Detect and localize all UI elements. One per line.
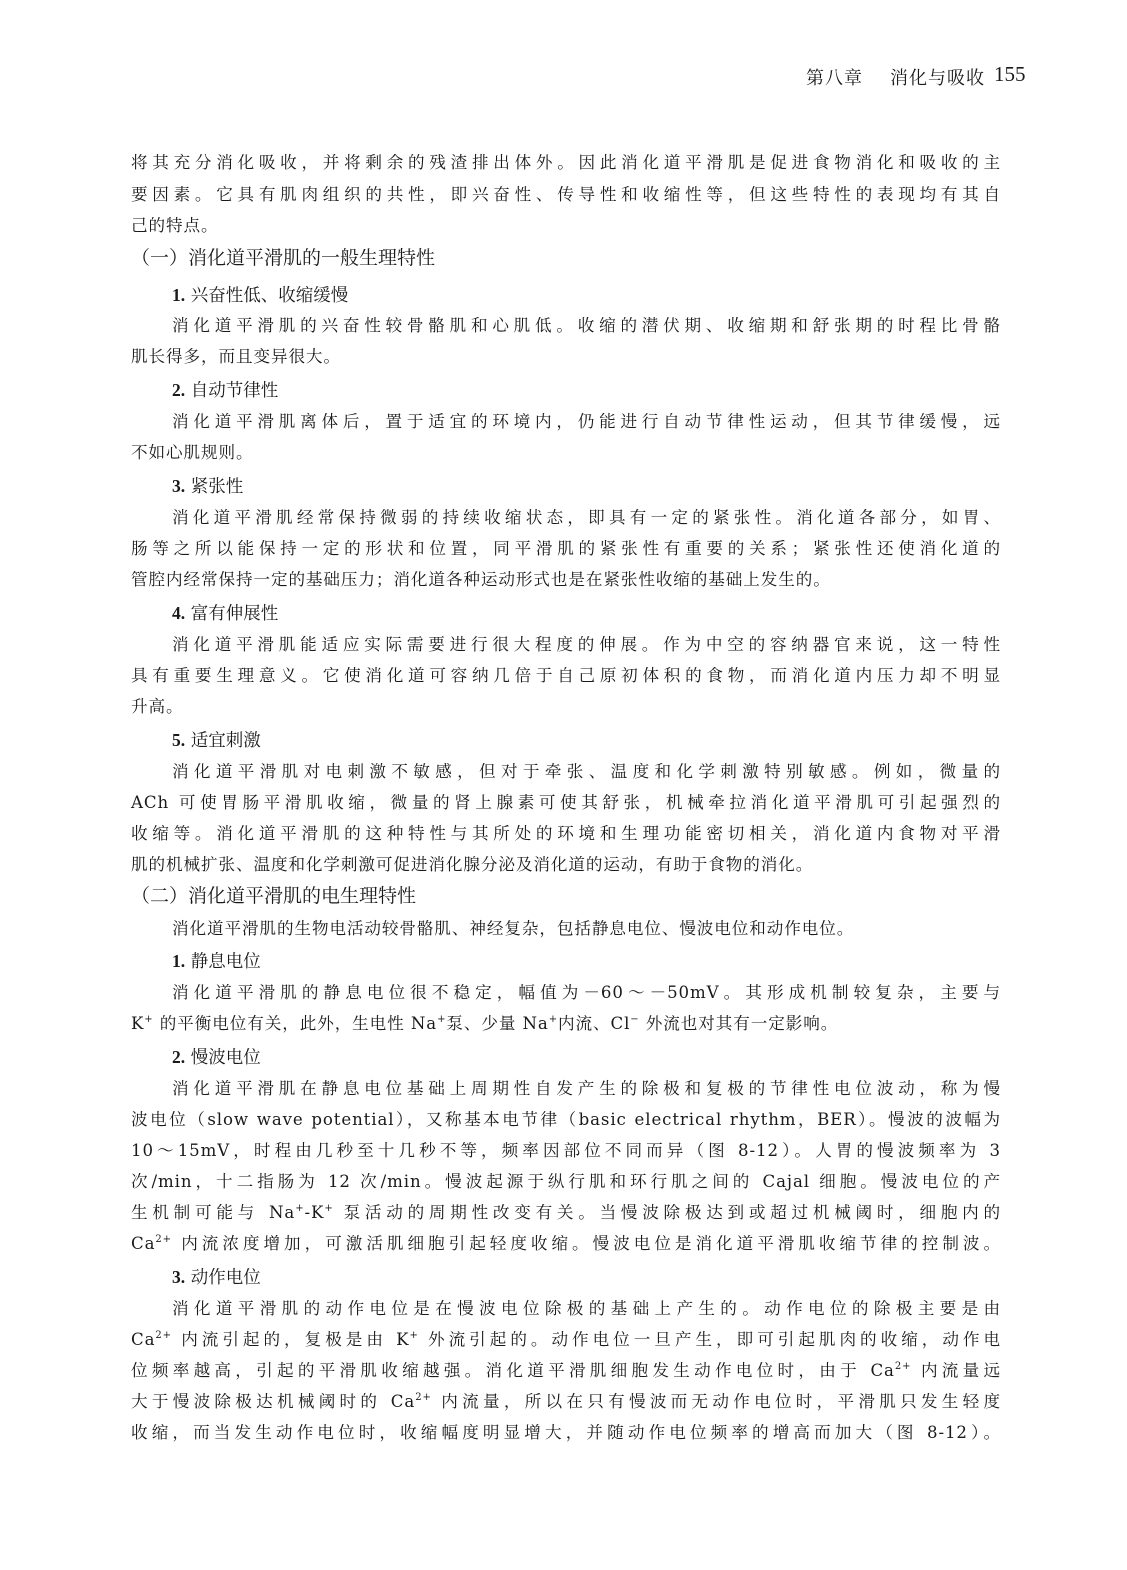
subsection-heading: 2. 自动节律性 [172, 375, 278, 406]
superscript: + [295, 1203, 304, 1214]
subsection-title: 动作电位 [191, 1268, 261, 1288]
text-line: 消化道平滑肌离体后，置于适宜的环境内，仍能进行自动节律性运动，但其节律缓慢，远 [172, 407, 1001, 437]
text-line: 次/min，十二指肠为 12 次/min。慢波起源于纵行肌和环行肌之间的 Caj… [131, 1167, 1001, 1197]
text-line: 己的特点。 [131, 211, 1001, 241]
text-line: 具有重要生理意义。它使消化道可容纳几倍于自己原初体积的食物，而消化道内压力却不明… [131, 661, 1001, 691]
text-line: 肌的机械扩张、温度和化学刺激可促进消化腺分泌及消化道的运动，有助于食物的消化。 [131, 850, 1001, 880]
subsection-title: 适宜刺激 [191, 731, 261, 751]
subsection-heading: 3. 紧张性 [172, 471, 243, 502]
superscript: 2+ [415, 1392, 432, 1403]
subsection-number: 5. [172, 730, 185, 750]
subsection-heading: 5. 适宜刺激 [172, 725, 261, 756]
text-line-rich: Ca2+ 内流引起的，复极是由 K+ 外流引起的。动作电位一旦产生，即可引起肌肉… [131, 1325, 1001, 1355]
running-header: 第八章 消化与吸收 155 [790, 64, 1040, 94]
text-line: 将其充分消化吸收，并将剩余的残渣排出体外。因此消化道平滑肌是促进食物消化和吸收的… [131, 148, 1001, 178]
superscript: 2+ [155, 1330, 172, 1341]
text-line: 消化道平滑肌经常保持微弱的持续收缩状态，即具有一定的紧张性。消化道各部分，如胃、 [172, 503, 1001, 533]
subsection-number: 3. [172, 1267, 185, 1287]
text-line-rich: Ca2+ 内流浓度增加，可激活肌细胞引起轻度收缩。慢波电位是消化道平滑肌收缩节律… [131, 1229, 1001, 1259]
superscript: + [144, 1014, 153, 1025]
text-line: 肌长得多，而且变异很大。 [131, 342, 1001, 372]
chapter-label: 第八章 [806, 64, 863, 90]
subsection-number: 1. [172, 951, 185, 971]
superscript: − [630, 1014, 639, 1025]
subsection-heading: 2. 慢波电位 [172, 1042, 261, 1073]
subsection-title: 富有伸展性 [191, 604, 279, 624]
text-line: 消化道平滑肌在静息电位基础上周期性自发产生的除极和复极的节律性电位波动，称为慢 [172, 1074, 1001, 1104]
text-line: 收缩等。消化道平滑肌的这种特性与其所处的环境和生理功能密切相关，消化道内食物对平… [131, 819, 1001, 849]
subsection-title: 紧张性 [191, 477, 244, 497]
superscript: 2+ [895, 1361, 912, 1372]
subsection-heading: 1. 静息电位 [172, 946, 261, 977]
text-line-rich: K+ 的平衡电位有关，此外，生电性 Na+泵、少量 Na+内流、Cl− 外流也对… [131, 1009, 1001, 1039]
superscript: + [324, 1203, 333, 1214]
text-line: 管腔内经常保持一定的基础压力；消化道各种运动形式也是在紧张性收缩的基础上发生的。 [131, 565, 1001, 595]
subsection-title: 静息电位 [191, 952, 261, 972]
text-line: 升高。 [131, 692, 1001, 722]
superscript: + [549, 1014, 558, 1025]
text-line: 消化道平滑肌能适应实际需要进行很大程度的伸展。作为中空的容纳器官来说，这一特性 [172, 630, 1001, 660]
subsection-number: 3. [172, 476, 185, 496]
subsection-number: 4. [172, 603, 185, 623]
text-line: 肠等之所以能保持一定的形状和位置，同平滑肌的紧张性有重要的关系；紧张性还使消化道… [131, 534, 1001, 564]
subsection-title: 自动节律性 [191, 381, 279, 401]
text-line: 不如心肌规则。 [131, 438, 1001, 468]
text-line: 消化道平滑肌的动作电位是在慢波电位除极的基础上产生的。动作电位的除极主要是由 [172, 1294, 1001, 1324]
subsection-number: 2. [172, 1047, 185, 1067]
subsection-number: 2. [172, 380, 185, 400]
text-line: 要因素。它具有肌肉组织的共性，即兴奋性、传导性和收缩性等，但这些特性的表现均有其… [131, 180, 1001, 210]
text-line-rich: 生机制可能与 Na+-K+ 泵活动的周期性改变有关。当慢波除极达到或超过机械阈时… [131, 1198, 1001, 1228]
chapter-title: 消化与吸收 [890, 64, 985, 90]
subsection-heading: 4. 富有伸展性 [172, 598, 278, 629]
superscript: 2+ [155, 1234, 172, 1245]
text-line: ACh 可使胃肠平滑肌收缩，微量的肾上腺素可使其舒张，机械牵拉消化道平滑肌可引起… [131, 788, 1001, 818]
text-line: 消化道平滑肌的兴奋性较骨骼肌和心肌低。收缩的潜伏期、收缩期和舒张期的时程比骨骼 [172, 311, 1001, 341]
text-line: 收缩，而当发生动作电位时，收缩幅度明显增大，并随动作电位频率的增高而加大（图 8… [131, 1418, 1001, 1448]
text-line-rich: 位频率越高，引起的平滑肌收缩越强。消化道平滑肌细胞发生动作电位时，由于 Ca2+… [131, 1356, 1001, 1386]
text-line-rich: 大于慢波除极达机械阈时的 Ca2+ 内流量，所以在只有慢波而无动作电位时，平滑肌… [131, 1387, 1001, 1417]
text-line: 消化道平滑肌的生物电活动较骨骼肌、神经复杂，包括静息电位、慢波电位和动作电位。 [172, 914, 1001, 944]
text-line: 10～15mV，时程由几秒至十几秒不等，频率因部位不同而异（图 8-12）。人胃… [131, 1136, 1001, 1166]
text-line: 消化道平滑肌对电刺激不敏感，但对于牵张、温度和化学刺激特别敏感。例如，微量的 [172, 757, 1001, 787]
section-heading: （一）消化道平滑肌的一般生理特性 [131, 243, 435, 273]
text-line: 波电位（slow wave potential），又称基本电节律（basic e… [131, 1105, 1001, 1135]
text-line: 消化道平滑肌的静息电位很不稳定，幅值为－60～－50mV。其形成机制较复杂，主要… [172, 978, 1001, 1008]
subsection-title: 慢波电位 [191, 1048, 261, 1068]
section-heading: （二）消化道平滑肌的电生理特性 [131, 881, 416, 911]
subsection-number: 1. [172, 285, 185, 305]
subsection-heading: 1. 兴奋性低、收缩缓慢 [172, 280, 348, 311]
subsection-heading: 3. 动作电位 [172, 1262, 261, 1293]
superscript: + [437, 1014, 446, 1025]
superscript: + [409, 1330, 418, 1341]
page-number: 155 [994, 62, 1026, 87]
subsection-title: 兴奋性低、收缩缓慢 [191, 286, 349, 306]
